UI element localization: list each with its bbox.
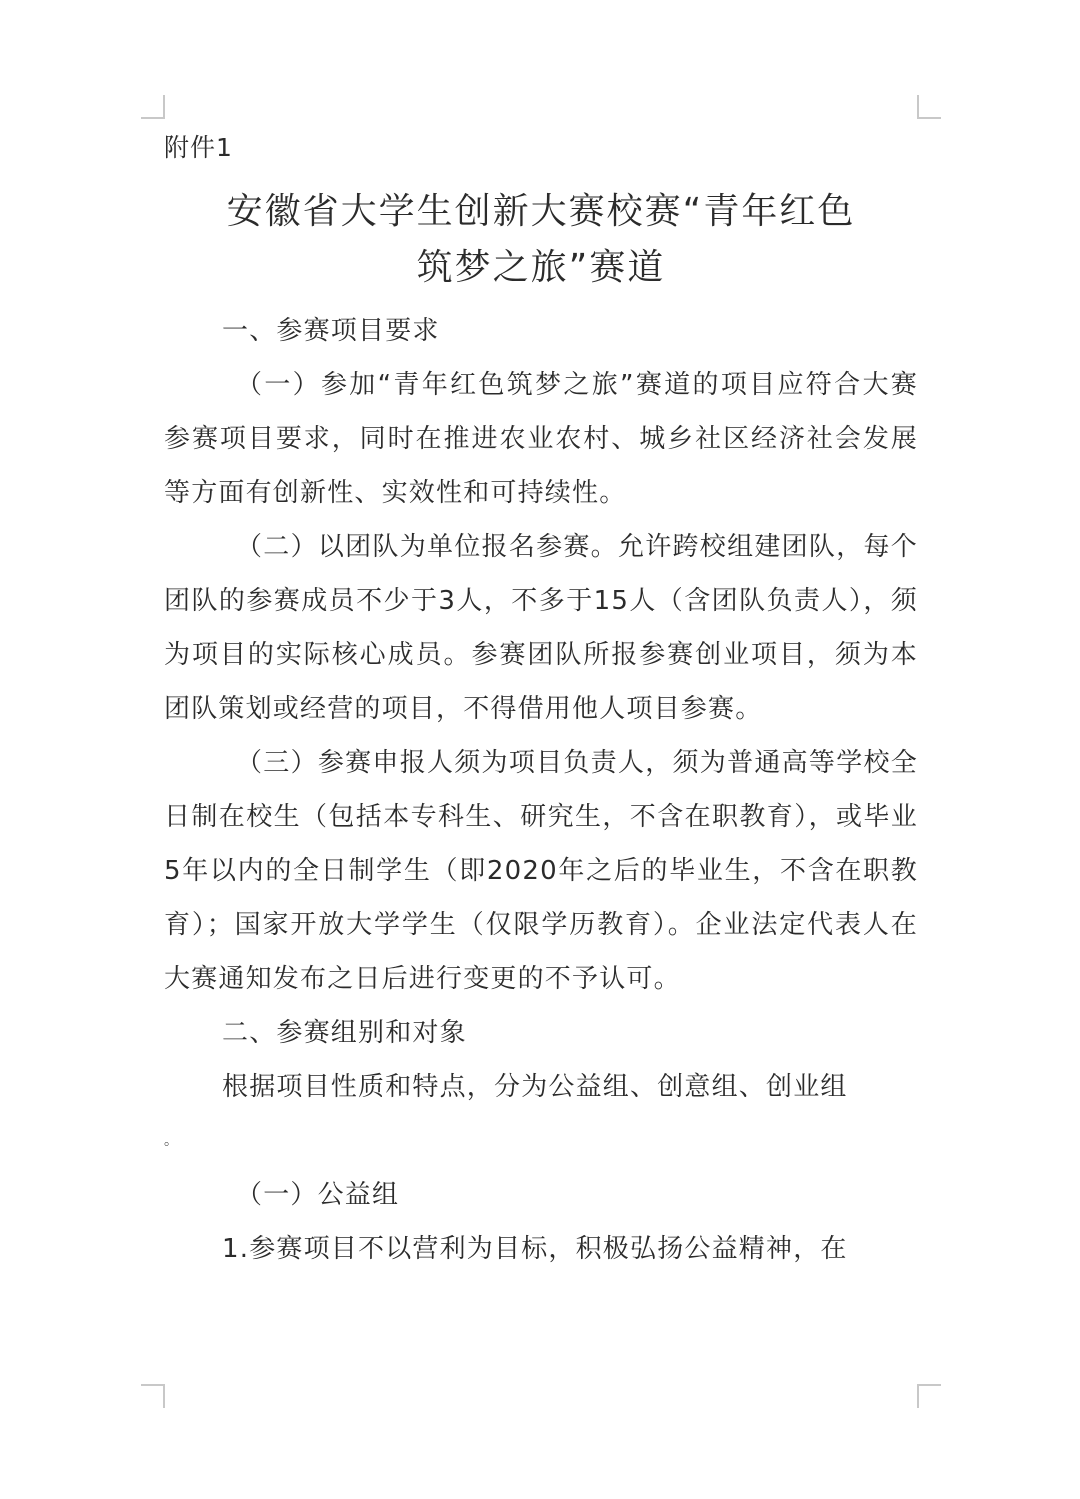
section-heading-1: 一、参赛项目要求 bbox=[164, 304, 918, 358]
attachment-label: 附件1 bbox=[164, 128, 918, 168]
subheading-public-welfare: （一）公益组 bbox=[164, 1168, 918, 1222]
paragraph-1-1: （一）参加“青年红色筑梦之旅”赛道的项目应符合大赛参赛项目要求，同时在推进农业农… bbox=[164, 358, 918, 520]
document-body: 附件1 安徽省大学生创新大赛校赛“青年红色 筑梦之旅”赛道 一、参赛项目要求 （… bbox=[164, 128, 918, 1276]
document-page: 附件1 安徽省大学生创新大赛校赛“青年红色 筑梦之旅”赛道 一、参赛项目要求 （… bbox=[0, 0, 1080, 1499]
paragraph-2-intro: 根据项目性质和特点，分为公益组、创意组、创业组 bbox=[164, 1060, 918, 1114]
section-heading-2: 二、参赛组别和对象 bbox=[164, 1006, 918, 1060]
crop-mark-top-right bbox=[917, 95, 941, 119]
crop-mark-top-left bbox=[141, 95, 165, 119]
document-title: 安徽省大学生创新大赛校赛“青年红色 筑梦之旅”赛道 bbox=[164, 184, 918, 296]
paragraph-1-2: （二）以团队为单位报名参赛。允许跨校组建团队，每个团队的参赛成员不少于3人，不多… bbox=[164, 520, 918, 736]
title-line-1: 安徽省大学生创新大赛校赛“青年红色 bbox=[227, 191, 856, 232]
title-line-2: 筑梦之旅”赛道 bbox=[417, 247, 666, 288]
paragraph-1-3: （三）参赛申报人须为项目负责人，须为普通高等学校全日制在校生（包括本专科生、研究… bbox=[164, 736, 918, 1006]
crop-mark-bottom-right bbox=[917, 1384, 941, 1408]
crop-mark-bottom-left bbox=[141, 1384, 165, 1408]
paragraph-2-intro-tail: 。 bbox=[164, 1114, 918, 1168]
paragraph-2-item-1: 1.参赛项目不以营利为目标，积极弘扬公益精神，在 bbox=[164, 1222, 918, 1276]
